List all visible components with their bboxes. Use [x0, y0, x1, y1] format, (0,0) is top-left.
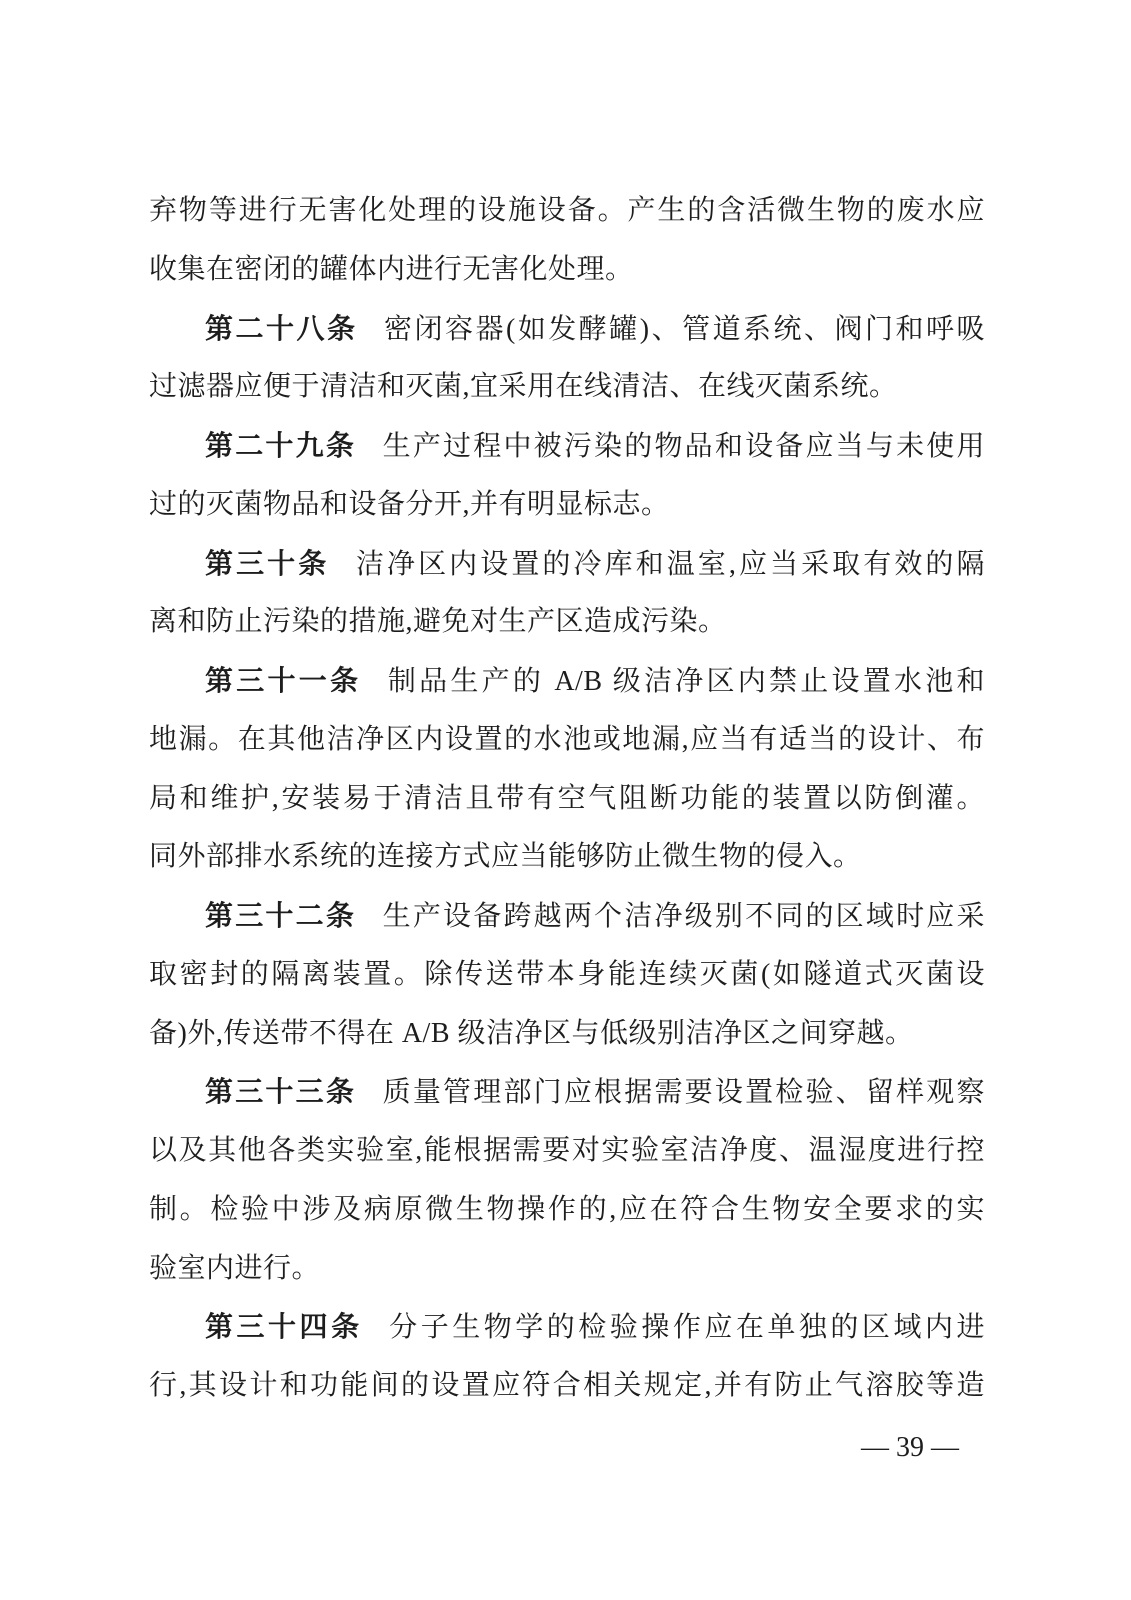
article-number: 第二十九条: [205, 430, 356, 461]
text-line: 离和防止污染的措施,避免对生产区造成污染。: [149, 593, 985, 652]
text-line: 制。检验中涉及病原微生物操作的,应在符合生物安全要求的实: [149, 1181, 985, 1240]
article-number: 第三十一条: [205, 665, 361, 696]
line-text: 过的灭菌物品和设备分开,并有明显标志。: [149, 489, 670, 520]
line-text: 制品生产的 A/B 级洁净区内禁止设置水池和: [388, 666, 985, 697]
article-heading-line: 第三十三条质量管理部门应根据需要设置检验、留样观察: [149, 1063, 985, 1122]
document-page: 弃物等进行无害化处理的设施设备。产生的含活微生物的废水应收集在密闭的罐体内进行无…: [0, 0, 1131, 1600]
line-text: 验室内进行。: [149, 1253, 320, 1284]
page-number: — 39 —: [861, 1431, 959, 1465]
article-number: 第二十八条: [205, 313, 357, 344]
article-number: 第三十四条: [205, 1311, 363, 1342]
article-heading-line: 第三十条洁净区内设置的冷库和温室,应当采取有效的隔: [149, 535, 985, 594]
line-text: 行,其设计和功能间的设置应符合相关规定,并有防止气溶胶等造: [149, 1370, 985, 1401]
line-text: 生产设备跨越两个洁净级别不同的区域时应采: [383, 901, 985, 932]
line-text: 生产过程中被污染的物品和设备应当与未使用: [383, 431, 985, 462]
text-line: 验室内进行。: [149, 1240, 985, 1299]
line-text: 地漏。在其他洁净区内设置的水池或地漏,应当有适当的设计、布: [149, 724, 985, 755]
text-line: 备)外,传送带不得在 A/B 级洁净区与低级别洁净区之间穿越。: [149, 1005, 985, 1064]
article-heading-line: 第二十八条密闭容器(如发酵罐)、管道系统、阀门和呼吸: [149, 300, 985, 359]
line-text: 制。检验中涉及病原微生物操作的,应在符合生物安全要求的实: [149, 1194, 985, 1225]
text-line: 过滤器应便于清洁和灭菌,宜采用在线清洁、在线灭菌系统。: [149, 358, 985, 417]
line-text: 备)外,传送带不得在 A/B 级洁净区与低级别洁净区之间穿越。: [149, 1018, 914, 1049]
line-text: 离和防止污染的措施,避免对生产区造成污染。: [149, 606, 727, 637]
line-text: 局和维护,安装易于清洁且带有空气阻断功能的装置以防倒灌。: [149, 783, 985, 814]
text-line: 以及其他各类实验室,能根据需要对实验室洁净度、温湿度进行控: [149, 1122, 985, 1181]
article-heading-line: 第三十一条制品生产的 A/B 级洁净区内禁止设置水池和: [149, 652, 985, 711]
line-text: 同外部排水系统的连接方式应当能够防止微生物的侵入。: [149, 841, 862, 872]
article-number: 第三十三条: [205, 1076, 356, 1107]
article-number: 第三十条: [205, 548, 329, 579]
article-heading-line: 第二十九条生产过程中被污染的物品和设备应当与未使用: [149, 417, 985, 476]
text-line: 同外部排水系统的连接方式应当能够防止微生物的侵入。: [149, 828, 985, 887]
article-number: 第三十二条: [205, 900, 356, 931]
article-heading-line: 第三十四条分子生物学的检验操作应在单独的区域内进: [149, 1298, 985, 1357]
line-text: 洁净区内设置的冷库和温室,应当采取有效的隔: [356, 549, 985, 580]
article-heading-line: 第三十二条生产设备跨越两个洁净级别不同的区域时应采: [149, 887, 985, 946]
line-text: 过滤器应便于清洁和灭菌,宜采用在线清洁、在线灭菌系统。: [149, 371, 898, 402]
text-line: 行,其设计和功能间的设置应符合相关规定,并有防止气溶胶等造: [149, 1357, 985, 1416]
line-text: 以及其他各类实验室,能根据需要对实验室洁净度、温湿度进行控: [149, 1135, 985, 1166]
text-line: 弃物等进行无害化处理的设施设备。产生的含活微生物的废水应: [149, 182, 985, 241]
document-text: 弃物等进行无害化处理的设施设备。产生的含活微生物的废水应收集在密闭的罐体内进行无…: [149, 182, 985, 1416]
text-line: 收集在密闭的罐体内进行无害化处理。: [149, 241, 985, 300]
page-number-label: — 39 —: [861, 1432, 959, 1463]
line-text: 弃物等进行无害化处理的设施设备。产生的含活微生物的废水应: [149, 195, 985, 226]
line-text: 密闭容器(如发酵罐)、管道系统、阀门和呼吸: [384, 314, 985, 345]
line-text: 分子生物学的检验操作应在单独的区域内进: [389, 1312, 985, 1343]
line-text: 取密封的隔离装置。除传送带本身能连续灭菌(如隧道式灭菌设: [149, 959, 985, 990]
text-line: 取密封的隔离装置。除传送带本身能连续灭菌(如隧道式灭菌设: [149, 946, 985, 1005]
line-text: 质量管理部门应根据需要设置检验、留样观察: [383, 1077, 985, 1108]
text-line: 局和维护,安装易于清洁且带有空气阻断功能的装置以防倒灌。: [149, 770, 985, 829]
text-line: 过的灭菌物品和设备分开,并有明显标志。: [149, 476, 985, 535]
text-line: 地漏。在其他洁净区内设置的水池或地漏,应当有适当的设计、布: [149, 711, 985, 770]
line-text: 收集在密闭的罐体内进行无害化处理。: [149, 254, 634, 285]
